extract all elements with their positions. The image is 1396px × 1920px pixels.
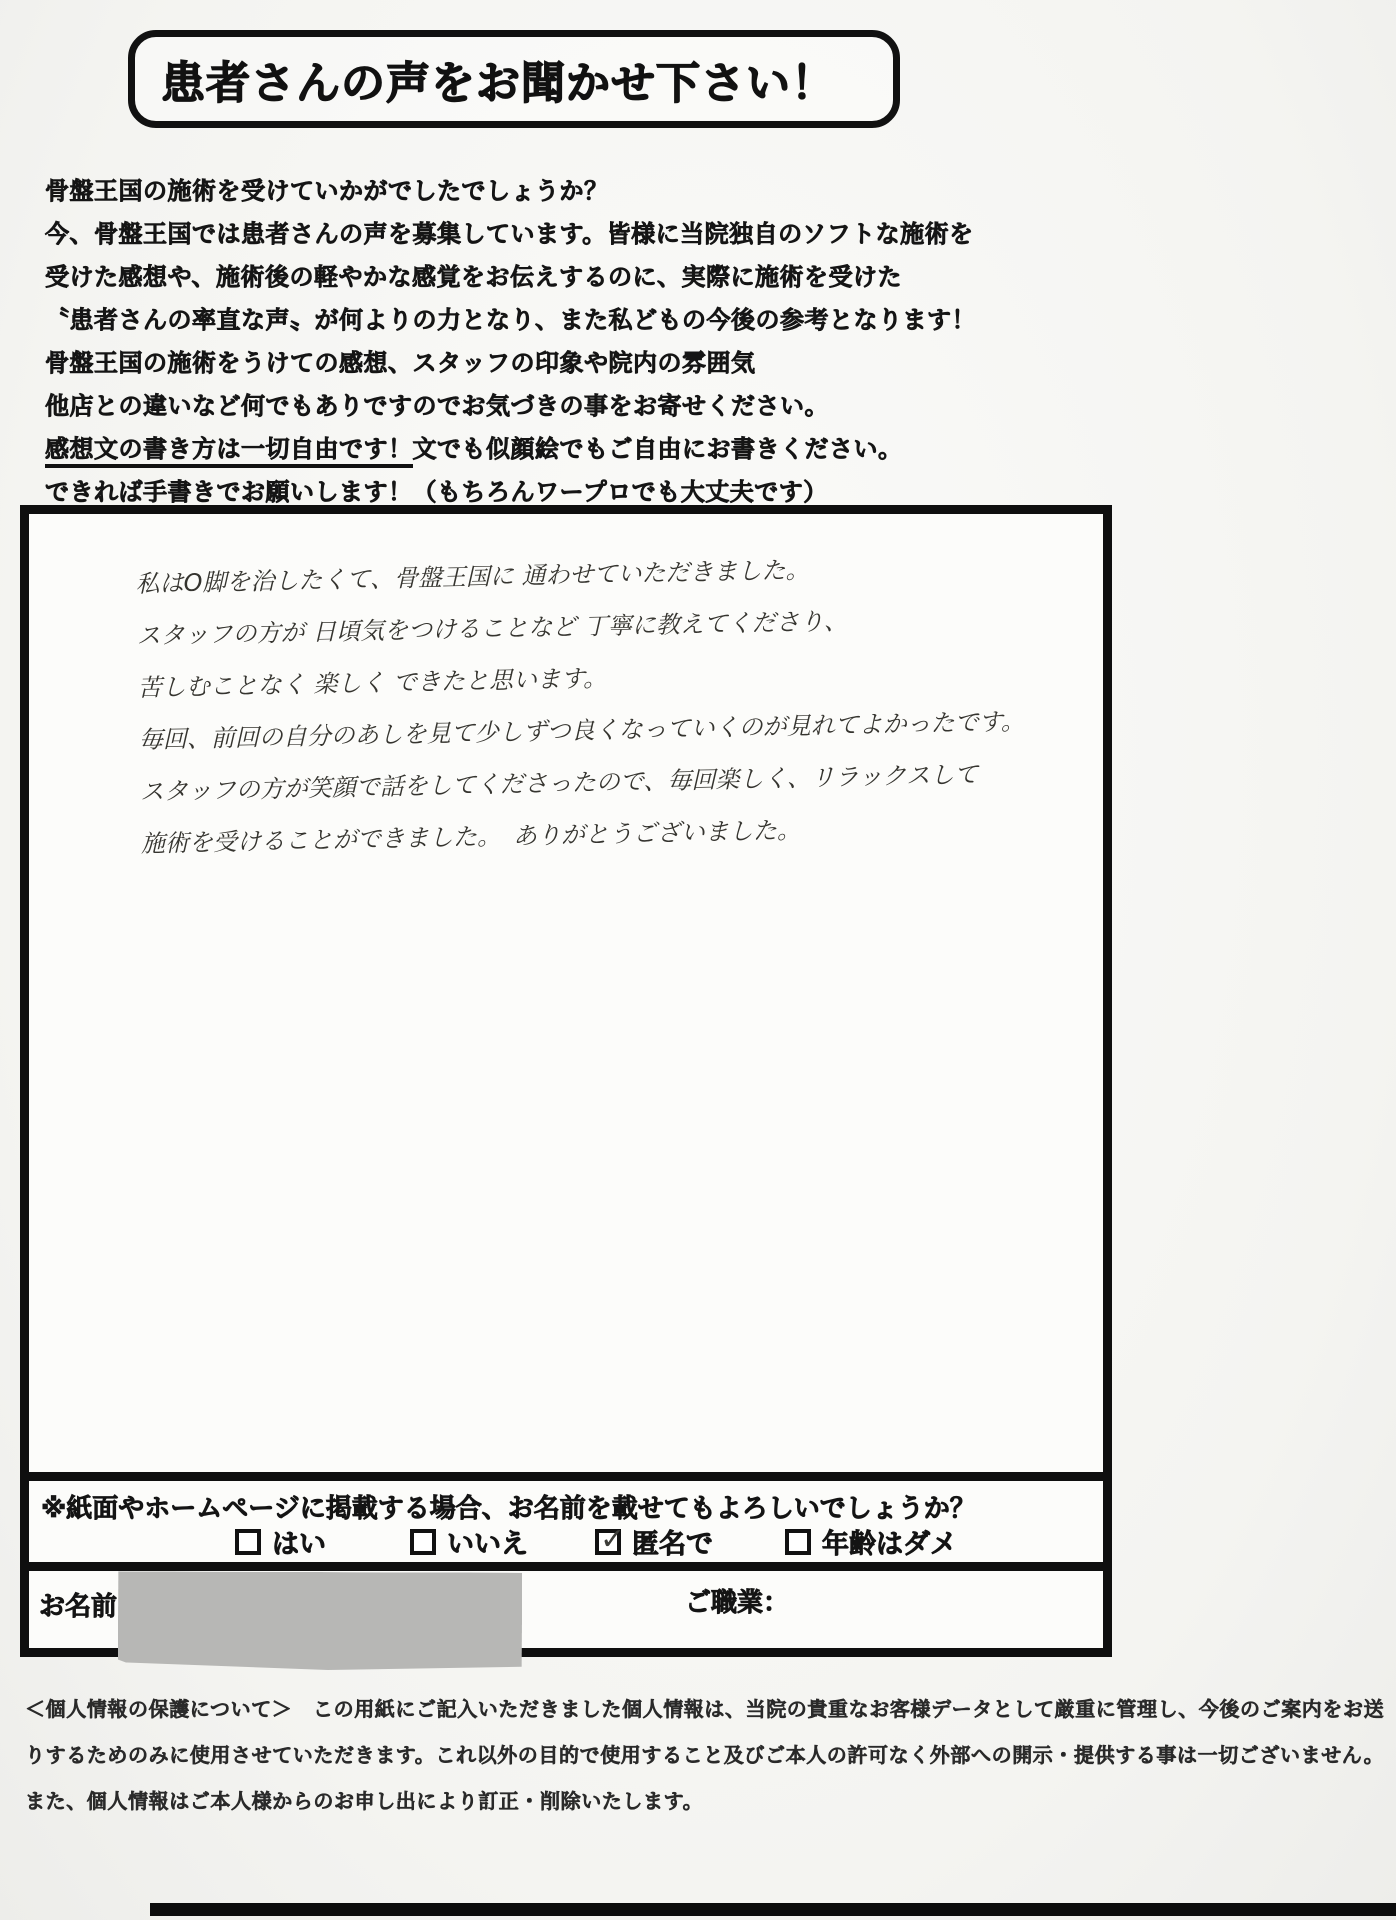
consent-option-label: 年齢はダメ — [822, 1522, 957, 1561]
intro-line: 〝患者さんの率直な声〟が何よりの力となり、また私どもの今後の参考となります！ — [45, 299, 965, 342]
publish-consent-question: ※紙面やホームページに掲載する場合、お名前を載せてもよろしいでしょうか？ — [41, 1488, 976, 1525]
consent-option-tokumei: ✓ 匿名で — [595, 1522, 713, 1561]
intro-line-underlined-part: 感想文の書き方は一切自由です！ — [45, 435, 413, 468]
intro-line: 受けた感想や、施術後の軽やかな感覚をお伝えするのに、実際に施術を受けた — [45, 256, 965, 299]
intro-line: 今、骨盤王国では患者さんの声を募集しています。皆様に当院独自のソフトな施術を — [45, 213, 965, 256]
checkbox-hai[interactable]: ✓ — [235, 1529, 261, 1555]
scan-artifact-bar — [150, 1903, 1396, 1916]
consent-option-iie: ✓ いいえ — [410, 1522, 528, 1561]
intro-line: 感想文の書き方は一切自由です！文でも似顔絵でもご自由にお書きください。 — [45, 428, 965, 471]
consent-option-label: 匿名で — [632, 1522, 713, 1561]
checkbox-nenrei[interactable]: ✓ — [785, 1529, 811, 1555]
consent-option-nenrei: ✓ 年齢はダメ — [785, 1522, 957, 1561]
intro-line: 他店との違いなど何でもありですのでお気づきの事をお寄せください。 — [45, 385, 965, 428]
form-title: 患者さんの声をお聞かせ下さい！ — [161, 47, 836, 111]
intro-line: 骨盤王国の施術を受けていかがでしたでしょうか？ — [45, 170, 965, 213]
section-divider — [29, 1472, 1103, 1481]
consent-option-label: いいえ — [447, 1522, 528, 1561]
handwritten-feedback: 私はO脚を治したくて、骨盤王国に 通わせていただきました。 スタッフの方が 日頃… — [135, 540, 1021, 870]
privacy-notice: ＜個人情報の保護について＞ この用紙にご記入いただきました個人情報は、当院の貴重… — [25, 1686, 1393, 1824]
privacy-notice-line: ＜個人情報の保護について＞ この用紙にご記入いただきました個人情報は、当院の貴重… — [25, 1686, 1393, 1732]
checkbox-tokumei[interactable]: ✓ — [595, 1529, 621, 1555]
intro-line-rest: 文でも似顔絵でもご自由にお書きください。 — [413, 435, 903, 463]
privacy-notice-line: りするためのみに使用させていただきます。これ以外の目的で使用すること及びご本人の… — [25, 1732, 1393, 1778]
consent-option-label: はい — [272, 1522, 326, 1561]
intro-paragraph: 骨盤王国の施術を受けていかがでしたでしょうか？ 今、骨盤王国では患者さんの声を募… — [45, 170, 965, 514]
check-mark-icon: ✓ — [600, 1525, 625, 1555]
consent-option-hai: ✓ はい — [235, 1522, 326, 1561]
title-banner: 患者さんの声をお聞かせ下さい！ — [128, 30, 900, 128]
occupation-label: ご職業： — [685, 1582, 789, 1619]
intro-line: 骨盤王国の施術をうけての感想、スタッフの印象や院内の雰囲気 — [45, 342, 965, 385]
checkbox-iie[interactable]: ✓ — [410, 1529, 436, 1555]
feedback-writing-box: 私はO脚を治したくて、骨盤王国に 通わせていただきました。 スタッフの方が 日頃… — [20, 505, 1112, 1657]
privacy-notice-line: また、個人情報はご本人様からのお申し出により訂正・削除いたします。 — [25, 1778, 1393, 1824]
name-redaction-sticker — [118, 1571, 522, 1670]
scanned-form-page: 患者さんの声をお聞かせ下さい！ 骨盤王国の施術を受けていかがでしたでしょうか？ … — [0, 0, 1396, 1920]
section-divider — [29, 1562, 1103, 1571]
